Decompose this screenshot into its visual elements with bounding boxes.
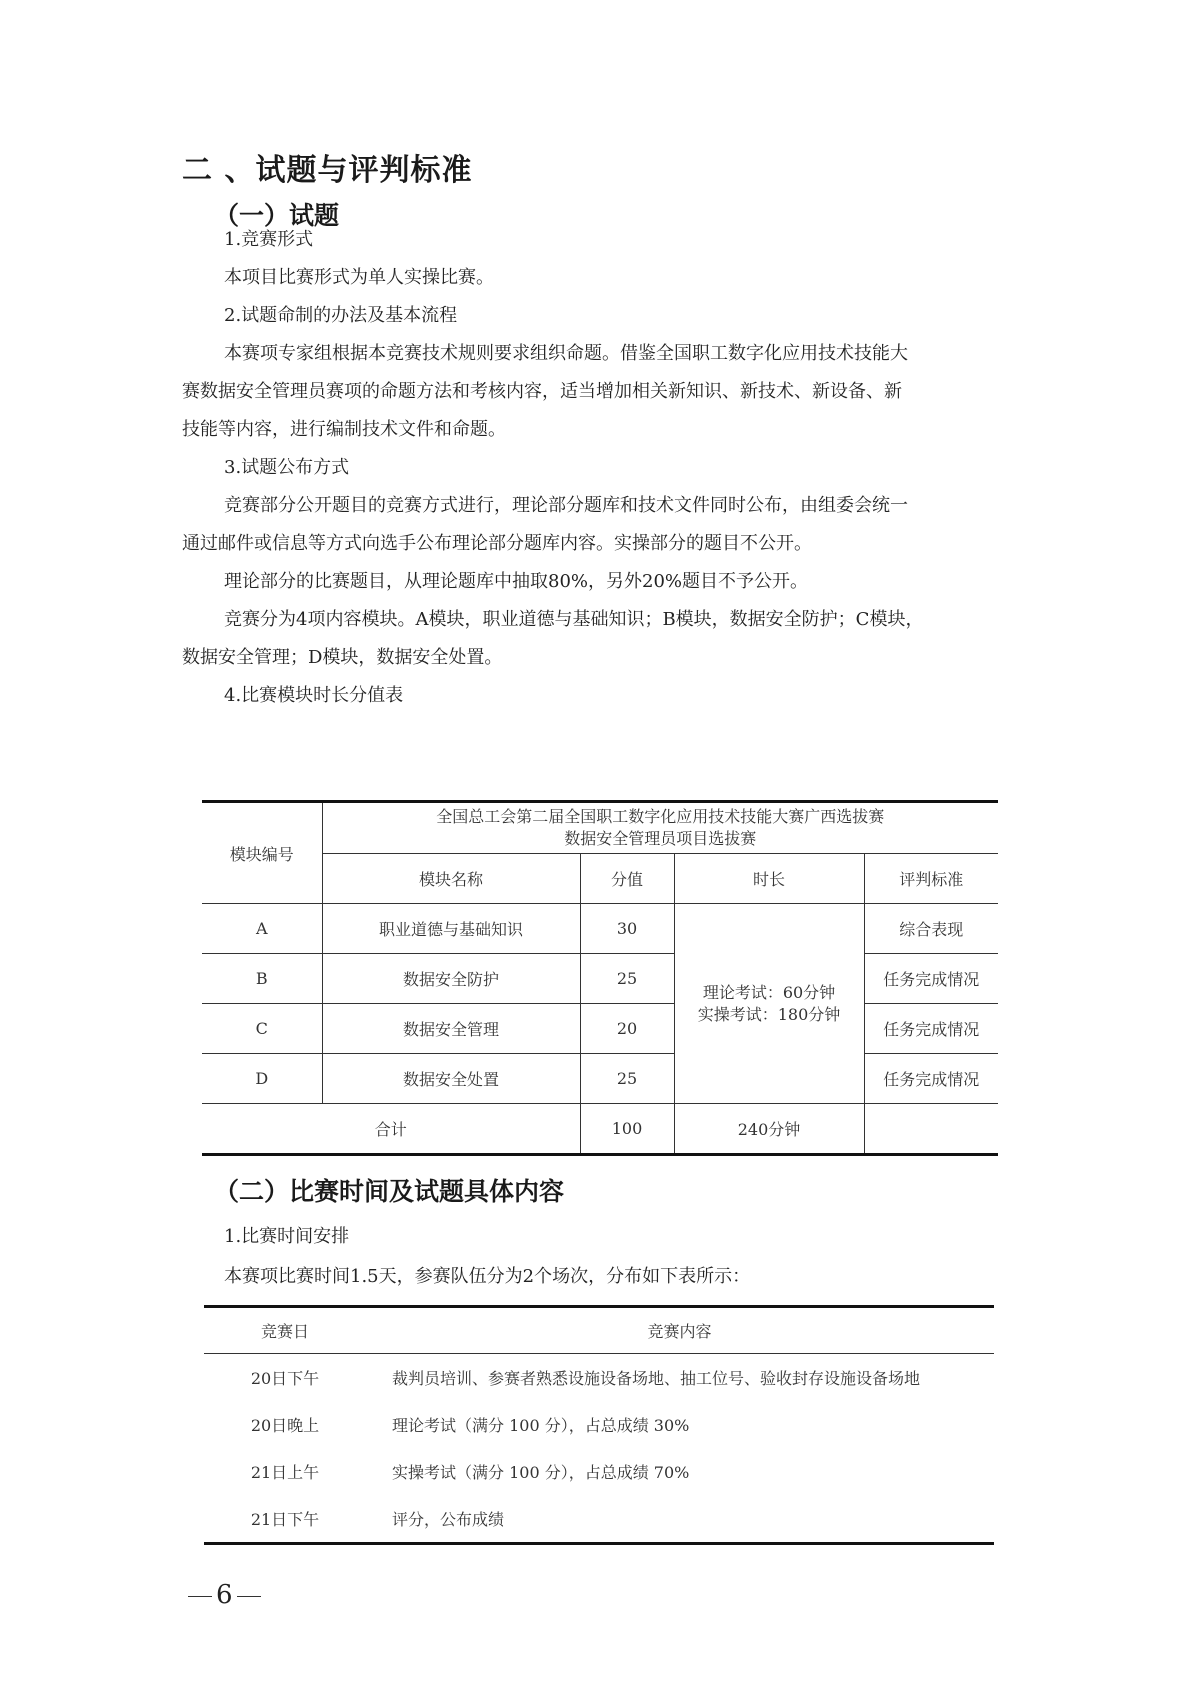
item1-title: 1.竞赛形式 [224, 229, 313, 251]
module-id: D [202, 1054, 322, 1104]
table-row: A 职业道德与基础知识 30 理论考试：60分钟 实操考试：180分钟 综合表现 [202, 904, 998, 954]
item3-title: 3.试题公布方式 [224, 457, 349, 479]
module-criteria: 任务完成情况 [864, 1004, 998, 1054]
module-score: 20 [580, 1004, 674, 1054]
module-score-table: 模块编号 全国总工会第二届全国职工数字化应用技术技能大赛广西选拔赛 数据安全管理… [202, 800, 998, 1156]
part2-item1-title: 1.比赛时间安排 [224, 1226, 349, 1248]
module-score: 30 [580, 904, 674, 954]
item3-line-1: 竞赛部分公开题目的竞赛方式进行，理论部分题库和技术文件同时公布，由组委会统一 [224, 495, 908, 517]
total-label: 合计 [202, 1104, 580, 1155]
header-score: 分值 [580, 854, 674, 904]
module-name: 数据安全管理 [322, 1004, 580, 1054]
duration-theory: 理论考试：60分钟 [675, 982, 864, 1004]
table-title: 全国总工会第二届全国职工数字化应用技术技能大赛广西选拔赛 数据安全管理员项目选拔… [322, 802, 998, 854]
item4-title: 4.比赛模块时长分值表 [224, 685, 403, 707]
table-row: 20日晚上 理论考试（满分 100 分），占总成绩 30% [204, 1401, 994, 1448]
schedule-table: 竞赛日 竞赛内容 20日下午 裁判员培训、参赛者熟悉设施设备场地、抽工位号、验收… [204, 1305, 994, 1545]
item2-line-1: 本赛项专家组根据本竞赛技术规则要求组织命题。借鉴全国职工数字化应用技术技能大 [224, 343, 908, 365]
header-duration: 时长 [674, 854, 864, 904]
table-row: C 数据安全管理 20 任务完成情况 [202, 1004, 998, 1054]
part2-item1-text: 本赛项比赛时间1.5天，参赛队伍分为2个场次，分布如下表所示： [224, 1266, 750, 1288]
module-score: 25 [580, 954, 674, 1004]
table-row: 20日下午 裁判员培训、参赛者熟悉设施设备场地、抽工位号、验收封存设施设备场地 [204, 1354, 994, 1402]
module-name: 职业道德与基础知识 [322, 904, 580, 954]
module-score: 25 [580, 1054, 674, 1104]
table-title-line-1: 全国总工会第二届全国职工数字化应用技术技能大赛广西选拔赛 [323, 806, 999, 828]
module-name: 数据安全防护 [322, 954, 580, 1004]
duration-practical: 实操考试：180分钟 [675, 1004, 864, 1026]
schedule-content: 实操考试（满分 100 分），占总成绩 70% [366, 1448, 994, 1495]
module-duration: 理论考试：60分钟 实操考试：180分钟 [674, 904, 864, 1104]
header-day: 竞赛日 [204, 1307, 366, 1354]
item3-para3-line-2: 数据安全管理；D模块，数据安全处置。 [182, 647, 502, 669]
total-criteria [864, 1104, 998, 1155]
table-total-row: 合计 100 240分钟 [202, 1104, 998, 1155]
item2-line-2: 赛数据安全管理员赛项的命题方法和考核内容，适当增加相关新知识、新技术、新设备、新 [182, 381, 902, 403]
item3-line-2: 通过邮件或信息等方式向选手公布理论部分题库内容。实操部分的题目不公开。 [182, 533, 812, 555]
part1-heading: （一）试题 [214, 196, 339, 232]
module-id: C [202, 1004, 322, 1054]
item3-para2: 理论部分的比赛题目，从理论题库中抽取80%，另外20%题目不予公开。 [224, 571, 808, 593]
total-duration: 240分钟 [674, 1104, 864, 1155]
module-criteria: 任务完成情况 [864, 1054, 998, 1104]
footer-dash-left [188, 1596, 212, 1597]
item1-text: 本项目比赛形式为单人实操比赛。 [224, 267, 494, 289]
schedule-day: 20日下午 [204, 1354, 366, 1402]
module-criteria: 综合表现 [864, 904, 998, 954]
part2-heading: （二）比赛时间及试题具体内容 [214, 1172, 564, 1208]
header-module-id: 模块编号 [202, 802, 322, 904]
table-title-line-2: 数据安全管理员项目选拔赛 [323, 828, 999, 850]
header-criteria: 评判标准 [864, 854, 998, 904]
item3-para3-line-1: 竞赛分为4项内容模块。A模块，职业道德与基础知识；B模块，数据安全防护；C模块， [224, 609, 923, 631]
table-row: 21日下午 评分，公布成绩 [204, 1495, 994, 1544]
footer-dash-right [237, 1596, 261, 1597]
table-row: B 数据安全防护 25 任务完成情况 [202, 954, 998, 1004]
schedule-day: 21日下午 [204, 1495, 366, 1544]
schedule-day: 21日上午 [204, 1448, 366, 1495]
schedule-content: 裁判员培训、参赛者熟悉设施设备场地、抽工位号、验收封存设施设备场地 [366, 1354, 994, 1402]
item2-line-3: 技能等内容，进行编制技术文件和命题。 [182, 419, 506, 441]
module-criteria: 任务完成情况 [864, 954, 998, 1004]
table-row: D 数据安全处置 25 任务完成情况 [202, 1054, 998, 1104]
module-name: 数据安全处置 [322, 1054, 580, 1104]
table-row: 21日上午 实操考试（满分 100 分），占总成绩 70% [204, 1448, 994, 1495]
schedule-day: 20日晚上 [204, 1401, 366, 1448]
total-score: 100 [580, 1104, 674, 1155]
header-module-name: 模块名称 [322, 854, 580, 904]
module-id: B [202, 954, 322, 1004]
module-id: A [202, 904, 322, 954]
page-number: 6 [216, 1580, 233, 1610]
schedule-content: 评分，公布成绩 [366, 1495, 994, 1544]
item2-title: 2.试题命制的办法及基本流程 [224, 305, 457, 327]
page-footer: 6 [184, 1580, 265, 1610]
schedule-content: 理论考试（满分 100 分），占总成绩 30% [366, 1401, 994, 1448]
section-title: 二 、试题与评判标准 [182, 145, 472, 189]
header-content: 竞赛内容 [366, 1307, 994, 1354]
